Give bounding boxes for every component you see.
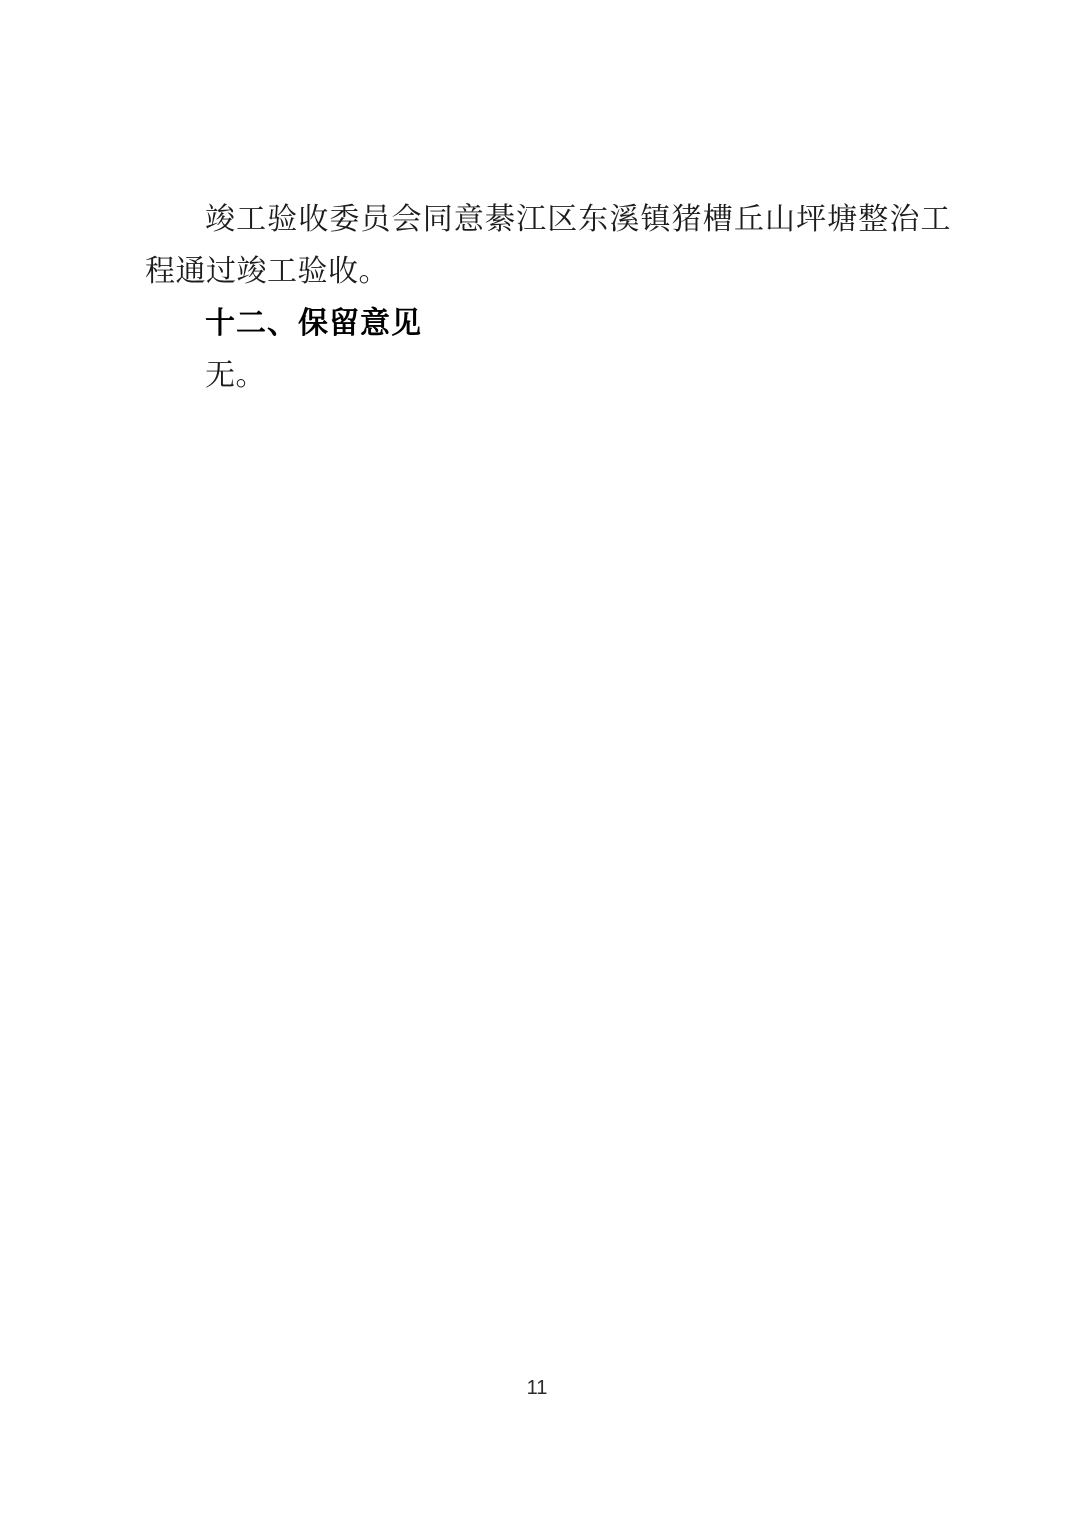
page-number: 11 <box>0 1376 1074 1400</box>
none-paragraph: 无。 <box>145 350 951 402</box>
document-page: 竣工验收委员会同意綦江区东溪镇猪槽丘山坪塘整治工程通过竣工验收。 十二、保留意见… <box>0 0 1074 1520</box>
document-content: 竣工验收委员会同意綦江区东溪镇猪槽丘山坪塘整治工程通过竣工验收。 十二、保留意见… <box>145 194 951 402</box>
section-heading-reserved-opinions: 十二、保留意见 <box>145 298 951 350</box>
conclusion-paragraph: 竣工验收委员会同意綦江区东溪镇猪槽丘山坪塘整治工程通过竣工验收。 <box>145 194 951 298</box>
